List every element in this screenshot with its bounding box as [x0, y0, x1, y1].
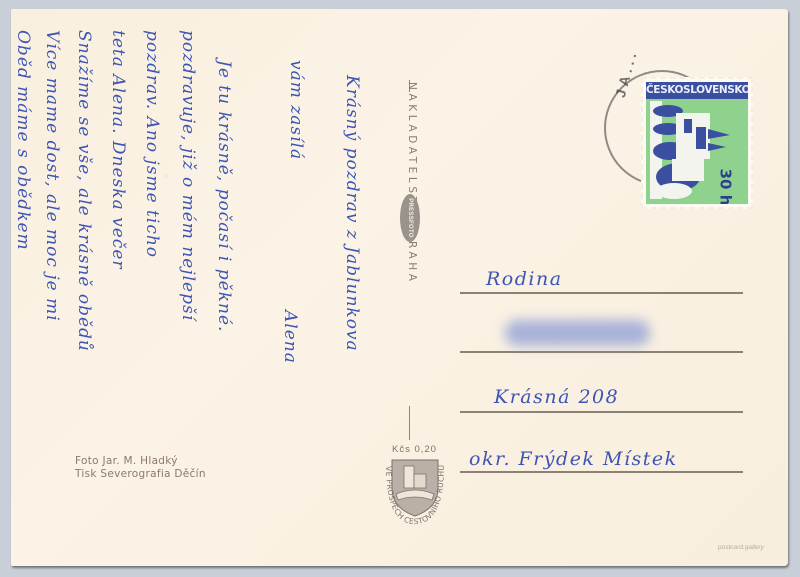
address-rule	[460, 411, 743, 413]
message-column: vám zasílá	[286, 60, 306, 160]
message-column: pozdrav. Ano jsme ticho	[142, 30, 162, 258]
address-rule	[460, 471, 743, 473]
publisher-imprint: NAKLADATELSTVÍ PRAHA	[406, 82, 418, 285]
address-rule	[460, 351, 743, 353]
print-credits: Foto Jar. M. Hladký Tisk Severografia Dě…	[75, 455, 206, 481]
message-column: Snažíme se vše, ale krásně obědů	[74, 30, 94, 352]
address-rule	[460, 292, 743, 294]
redacted-name	[505, 320, 650, 346]
stamp-value: 30 h	[717, 169, 735, 204]
signature: Alena	[280, 310, 300, 364]
printer-credit: Tisk Severografia Děčín	[75, 468, 206, 481]
stamp-country: ČESKOSLOVENSKO	[646, 82, 748, 99]
address-line-1: Rodina	[486, 268, 563, 290]
address-line-4: okr. Frýdek Místek	[469, 448, 678, 470]
message-column: Krásný pozdrav z Jablunkova	[342, 75, 362, 352]
watermark: postcard.gallery	[718, 544, 764, 551]
message-column: Více mame dost, ale moc je mi	[42, 30, 62, 322]
photo-credit: Foto Jar. M. Hladký	[75, 455, 206, 468]
message-column: pozdravuje, již o mém nejlepší	[178, 30, 198, 321]
castle-shield-icon: VE PROSPĚCH CESTOVNÍHO RUCHU	[378, 444, 452, 524]
message-column: Oběd máme s obědkem	[13, 30, 33, 251]
address-line-3: Krásná 208	[494, 386, 619, 408]
message-column: Je tu krásně, počasí i pěkné.	[214, 60, 234, 332]
pressfoto-logo-icon: PRESSFOTO	[400, 194, 420, 242]
divider-line	[409, 406, 410, 440]
postage-stamp: ČESKOSLOVENSKO 30 h	[641, 77, 753, 209]
message-column: teta Alena. Dneska večer	[108, 30, 128, 270]
price-emblem: Kčs 0,20 VE PROSPĚCH CESTOVNÍHO RUCHU	[378, 444, 452, 524]
